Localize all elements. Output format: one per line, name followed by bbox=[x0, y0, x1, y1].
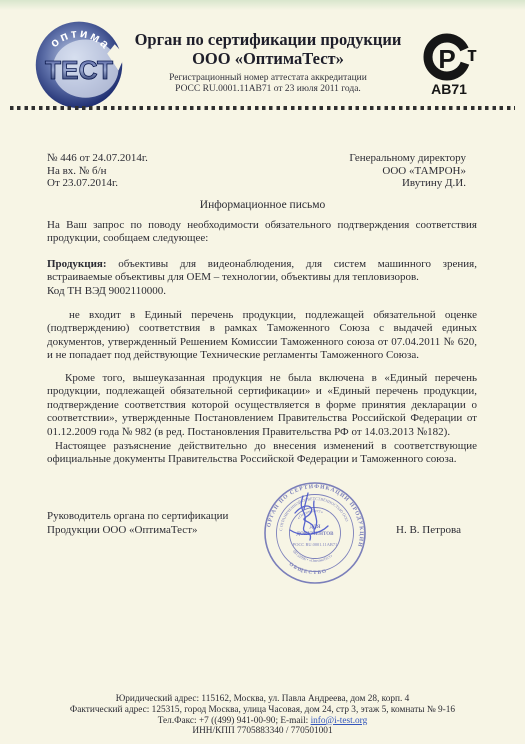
rst-p-letter: Р bbox=[438, 44, 455, 74]
paragraph-intro: На Ваш запрос по поводу необходимости об… bbox=[47, 219, 477, 246]
accreditation-line2: РОСС RU.0001.11АВ71 от 23 июля 2011 года… bbox=[118, 84, 418, 95]
rst-t-letter: т bbox=[467, 44, 477, 66]
reference-block: № 446 от 24.07.2014г. На вх. № б/н От 23… bbox=[47, 152, 148, 190]
stamp-reg-number: РОСС RU.0001.11АВ71 bbox=[293, 542, 337, 547]
footer-legal-address: Юридический адрес: 115162, Москва, ул. П… bbox=[0, 694, 525, 705]
product-text: объективы для видеонаблюдения, для систе… bbox=[47, 258, 477, 283]
paragraph-not-included: не входит в Единый перечень продукции, п… bbox=[47, 309, 477, 363]
recipient-position: Генеральному директору bbox=[349, 152, 466, 165]
product-label: Продукция: bbox=[47, 258, 107, 270]
signer-position-line2: Продукции ООО «ОптимаТест» bbox=[47, 523, 228, 537]
footer-block: Юридический адрес: 115162, Москва, ул. П… bbox=[0, 694, 525, 737]
ref-incoming-line: На вх. № б/н bbox=[47, 165, 148, 178]
signer-name: Н. В. Петрова bbox=[396, 524, 461, 536]
paragraph-validity: Настоящее разъяснение действительно до в… bbox=[47, 440, 477, 467]
footer-actual-address: Фактический адрес: 125315, город Москва,… bbox=[0, 705, 525, 716]
header-title-block: Орган по сертификации продукции ООО «Опт… bbox=[118, 30, 418, 94]
recipient-block: Генеральному директору ООО «ТАМРОН» Ивут… bbox=[349, 152, 466, 190]
org-title-line1: Орган по сертификации продукции bbox=[118, 30, 418, 49]
dotted-separator bbox=[10, 106, 515, 110]
product-code-line: Код ТН ВЭД 9002110000. bbox=[47, 285, 477, 298]
rst-code: АВ71 bbox=[431, 81, 467, 97]
logo-main-text: ТЕСТ bbox=[45, 55, 113, 85]
signer-position-line1: Руководитель органа по сертификации bbox=[47, 509, 228, 523]
org-title-line2: ООО «ОптимаТест» bbox=[118, 49, 418, 69]
ref-date-line: От 23.07.2014г. bbox=[47, 177, 148, 190]
optimatest-logo: оптима ТЕСТ bbox=[32, 16, 126, 110]
accreditation-line1: Регистрационный номер аттестата аккредит… bbox=[118, 73, 418, 84]
recipient-name: Ивутину Д.И. bbox=[349, 177, 466, 190]
document-page: оптима ТЕСТ Орган по сертификации продук… bbox=[0, 0, 525, 744]
footer-inn-kpp: ИНН/КПП 7705883340 / 770501001 bbox=[0, 726, 525, 737]
company-stamp: ОРГАН ПО СЕРТИФИКАЦИИ ПРОДУКЦИИ ОБЩЕСТВО… bbox=[262, 480, 368, 586]
paragraph-additional: Кроме того, вышеуказанная продукция не б… bbox=[47, 372, 477, 439]
signer-position-block: Руководитель органа по сертификации Прод… bbox=[47, 509, 228, 537]
recipient-company: ООО «ТАМРОН» bbox=[349, 165, 466, 178]
rst-accreditation-mark: Р т АВ71 bbox=[414, 28, 490, 98]
stamp-ring-outer-bottom-text: ОБЩЕСТВО bbox=[288, 561, 328, 576]
footer-email-link[interactable]: info@i-test.org bbox=[311, 716, 368, 726]
stamp-ring-middle-bottom-text: 08132090 • «ОптимаТест» bbox=[292, 549, 333, 563]
letter-title: Информационное письмо bbox=[0, 199, 525, 211]
ref-number-line: № 446 от 24.07.2014г. bbox=[47, 152, 148, 165]
accreditation-text: Регистрационный номер аттестата аккредит… bbox=[118, 73, 418, 94]
footer-phone: Тел.Факс: +7 ((499) 941-00-90; E-mail: bbox=[158, 716, 311, 726]
product-description: Продукция: объективы для видеонаблюдения… bbox=[47, 258, 477, 285]
scan-top-shade bbox=[0, 0, 525, 10]
paragraph-product: Продукция: объективы для видеонаблюдения… bbox=[47, 258, 477, 298]
footer-contacts: Тел.Факс: +7 ((499) 941-00-90; E-mail: i… bbox=[0, 716, 525, 727]
